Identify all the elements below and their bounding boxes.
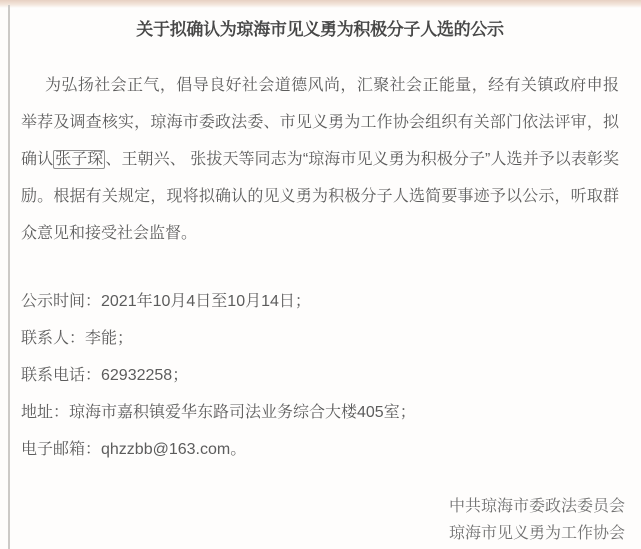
contact-info-section: 公示时间：2021年10月4日至10月14日； 联系人：李能； 联系电话：629…	[21, 283, 619, 468]
notice-title: 关于拟确认为琼海市见义勇为积极分子人选的公示	[21, 21, 619, 39]
info-line-address: 地址：琼海市嘉积镇爱华东路司法业务综合大楼405室；	[21, 394, 619, 431]
info-line-contact-person: 联系人：李能；	[21, 320, 619, 357]
info-line-publicity-period: 公示时间：2021年10月4日至10月14日；	[21, 283, 619, 320]
signature-org-political-legal-committee: 中共琼海市委政法委员会	[21, 493, 625, 520]
notice-document: 关于拟确认为琼海市见义勇为积极分子人选的公示 为弘扬社会正气，倡导良好社会道德风…	[21, 0, 619, 547]
info-line-contact-phone: 联系电话：62932258；	[21, 357, 619, 394]
paragraph-text-after: 、王朝兴、 张拔天等同志为“琼海市见义勇为积极分子”人选并予以表彰奖励。根据有关…	[21, 151, 619, 242]
notice-body-paragraph: 为弘扬社会正气，倡导良好社会道德风尚，汇聚社会正能量，经有关镇政府申报举荐及调查…	[21, 67, 619, 252]
left-border-line	[8, 5, 10, 549]
signature-org-work-association: 琼海市见义勇为工作协会	[21, 520, 625, 547]
signature-section: 中共琼海市委政法委员会 琼海市见义勇为工作协会	[21, 493, 625, 547]
notice-page: 关于拟确认为琼海市见义勇为积极分子人选的公示 为弘扬社会正气，倡导良好社会道德风…	[0, 0, 641, 549]
name-highlight-box: 张子琛	[53, 150, 105, 169]
info-line-email: 电子邮箱：qhzzbb@163.com。	[21, 431, 619, 468]
